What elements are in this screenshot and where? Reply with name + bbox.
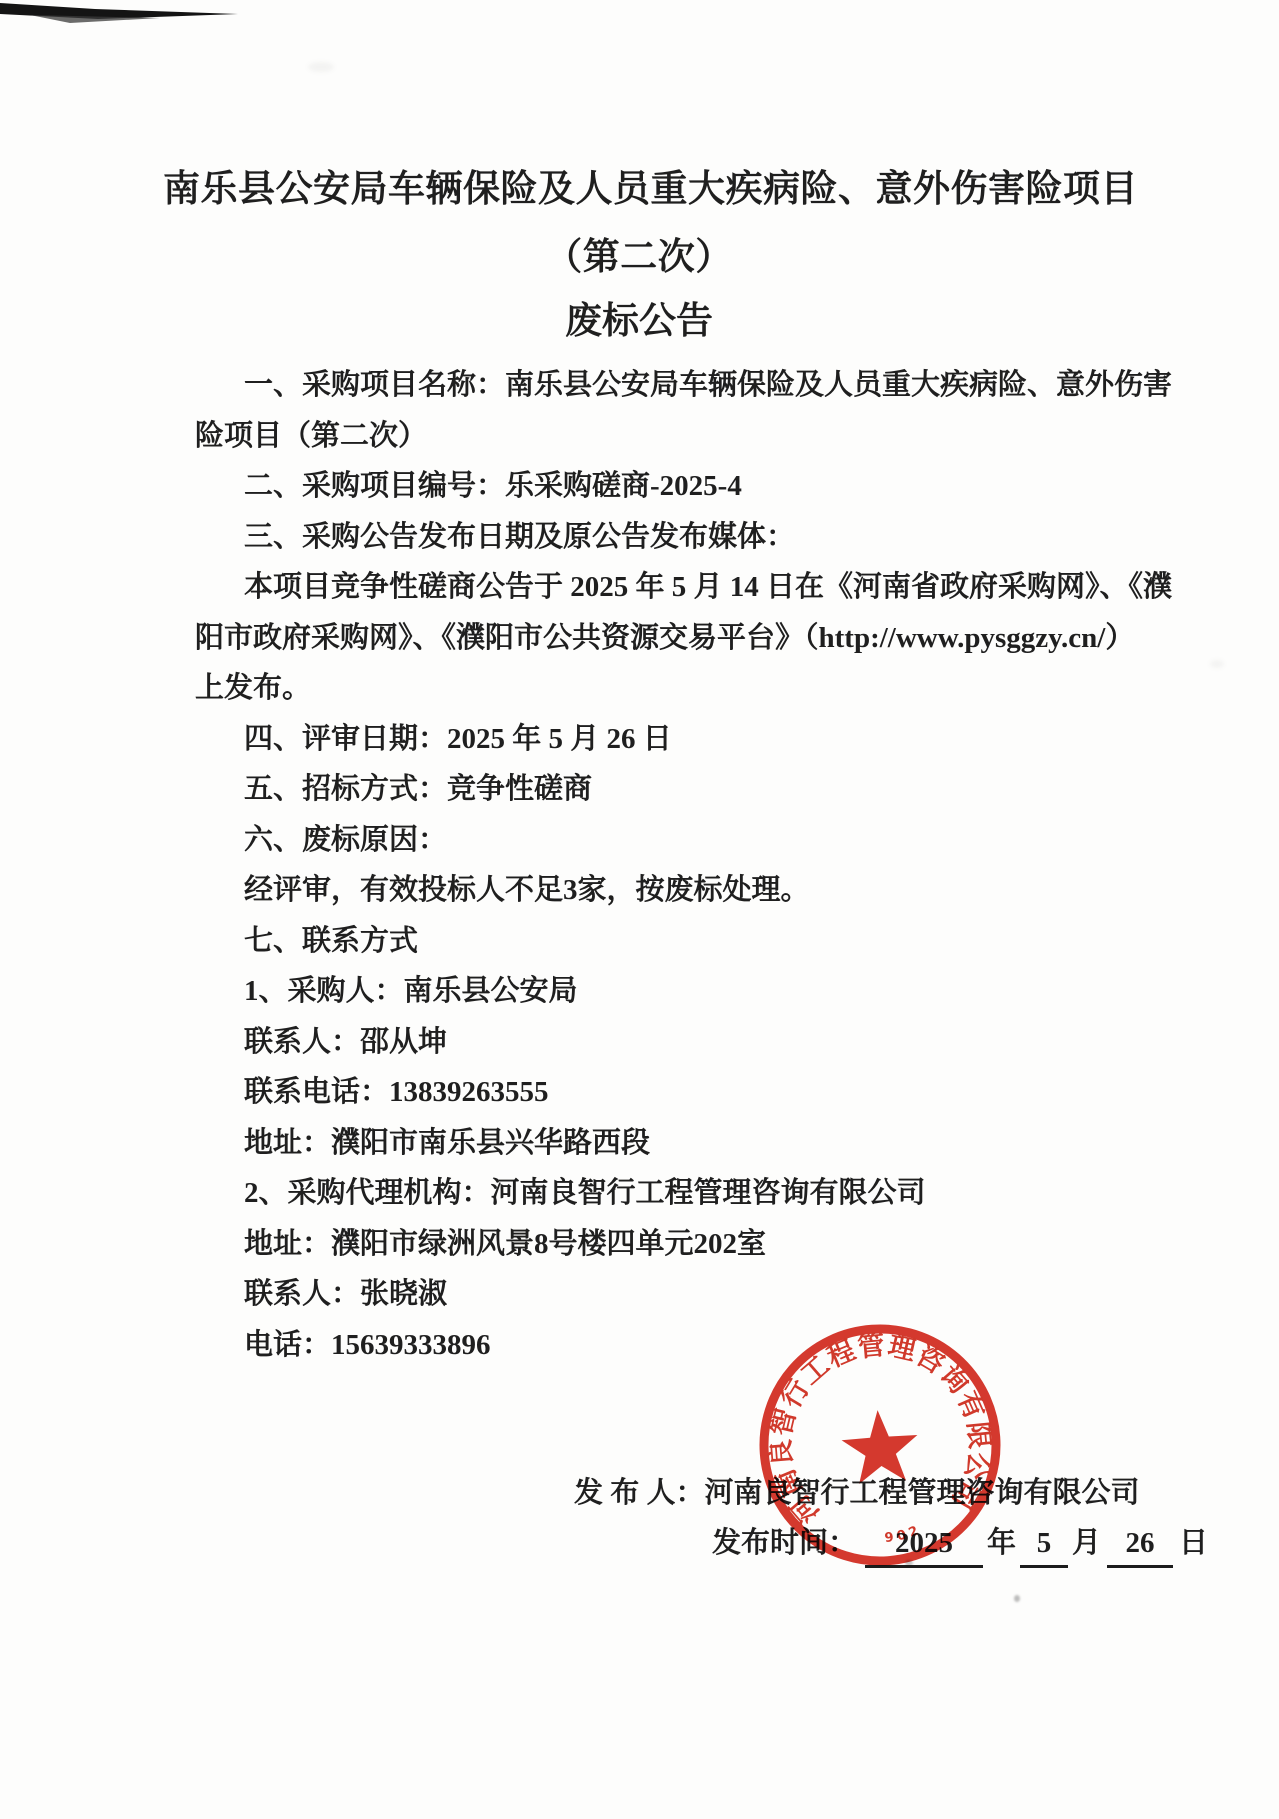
seal-star-icon xyxy=(840,1407,921,1485)
body-line: 联系电话：13839263555 xyxy=(195,1067,1117,1118)
body-line: 三、采购公告发布日期及原公告发布媒体： xyxy=(195,512,1117,563)
body-line: 联系人：邵从坤 xyxy=(195,1017,1117,1068)
body-line: 四、评审日期：2025 年 5 月 26 日 xyxy=(195,714,1117,765)
body-line: 2、采购代理机构：河南良智行工程管理咨询有限公司 xyxy=(195,1168,1117,1219)
scan-smudge xyxy=(1210,660,1224,668)
doc-title-line1: 南乐县公安局车辆保险及人员重大疾病险、意外伤害险项目 xyxy=(163,158,1115,222)
body-line: 上发布。 xyxy=(195,663,1117,714)
title-block: 南乐县公安局车辆保险及人员重大疾病险、意外伤害险项目 （第二次） 废标公告 xyxy=(163,158,1115,354)
body-line: 地址：濮阳市绿洲风景8号楼四单元202室 xyxy=(195,1219,1117,1270)
body-line: 险项目（第二次） xyxy=(195,411,1117,462)
body-line: 五、招标方式：竞争性磋商 xyxy=(195,764,1117,815)
doc-title-line2: （第二次） xyxy=(163,226,1115,290)
body-line: 地址：濮阳市南乐县兴华路西段 xyxy=(195,1118,1117,1169)
body-line: 本项目竞争性磋商公告于 2025 年 5 月 14 日在《河南省政府采购网》、《… xyxy=(195,562,1117,613)
month-unit: 月 xyxy=(1072,1527,1101,1559)
body-line: 六、废标原因： xyxy=(195,815,1117,866)
day-unit: 日 xyxy=(1179,1527,1208,1559)
body-line: 一、采购项目名称：南乐县公安局车辆保险及人员重大疾病险、意外伤害 xyxy=(195,360,1117,411)
body-line: 经评审，有效投标人不足3家，按废标处理。 xyxy=(195,865,1117,916)
body-line: 七、联系方式 xyxy=(195,916,1117,967)
publish-date-month: 5 xyxy=(1020,1521,1068,1568)
document-body: 一、采购项目名称：南乐县公安局车辆保险及人员重大疾病险、意外伤害 险项目（第二次… xyxy=(195,360,1117,1370)
scan-smudge xyxy=(308,62,334,72)
scan-speck xyxy=(1014,1595,1020,1602)
body-line: 二、采购项目编号：乐采购磋商-2025-4 xyxy=(195,461,1117,512)
body-line: 阳市政府采购网》、《濮阳市公共资源交易平台》（http://www.pysggz… xyxy=(195,613,1117,664)
doc-subtitle: 废标公告 xyxy=(163,290,1115,354)
company-seal-stamp: 河南良智行工程管理咨询有限公司 9027 xyxy=(744,1309,1015,1580)
publish-date-day: 26 xyxy=(1107,1521,1173,1568)
publisher-label: 发 布 人： xyxy=(574,1477,705,1509)
document-page: 南乐县公安局车辆保险及人员重大疾病险、意外伤害险项目 （第二次） 废标公告 一、… xyxy=(0,0,1279,1819)
scan-streak-artifact xyxy=(0,0,300,34)
body-line: 1、采购人：南乐县公安局 xyxy=(195,966,1117,1017)
